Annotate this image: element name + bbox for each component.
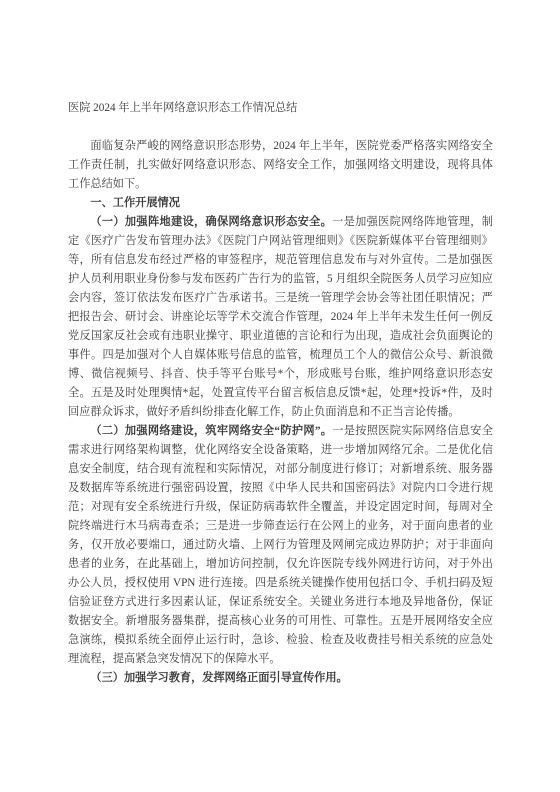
document-title: 医院 2024 年上半年网络意识形态工作情况总结 — [68, 99, 493, 118]
section-1-body: 一是加强医院网络阵地管理，制定《医疗广告发布管理办法》《医院门户网站管理细则》《… — [68, 216, 493, 418]
section-3-lead: （三）加强学习教育，发挥网络正面引导宣传作用。 — [90, 672, 347, 684]
section-paragraph-1: （一）加强阵地建设，确保网络意识形态安全。一是加强医院网络阵地管理，制定《医疗广… — [68, 213, 493, 422]
section-heading-1: 一、工作开展情况 — [68, 194, 493, 213]
section-paragraph-2: （二）加强网络建设，筑牢网络安全“防护网”。一是按照医院实际网络信息安全需求进行… — [68, 422, 493, 669]
section-2-body: 一是按照医院实际网络信息安全需求进行网络架构调整，优化网络安全设备策略，进一步增… — [68, 425, 493, 665]
intro-paragraph: 面临复杂严峻的网络意识形态形势，2024 年上半年，医院党委严格落实网络安全工作… — [68, 137, 493, 194]
section-paragraph-3: （三）加强学习教育，发挥网络正面引导宣传作用。 — [68, 669, 493, 688]
section-1-lead: （一）加强阵地建设，确保网络意识形态安全。 — [90, 216, 332, 228]
section-2-lead: （二）加强网络建设，筑牢网络安全“防护网”。 — [90, 425, 332, 437]
document-page: 医院 2024 年上半年网络意识形态工作情况总结 面临复杂严峻的网络意识形态形势… — [0, 0, 560, 792]
